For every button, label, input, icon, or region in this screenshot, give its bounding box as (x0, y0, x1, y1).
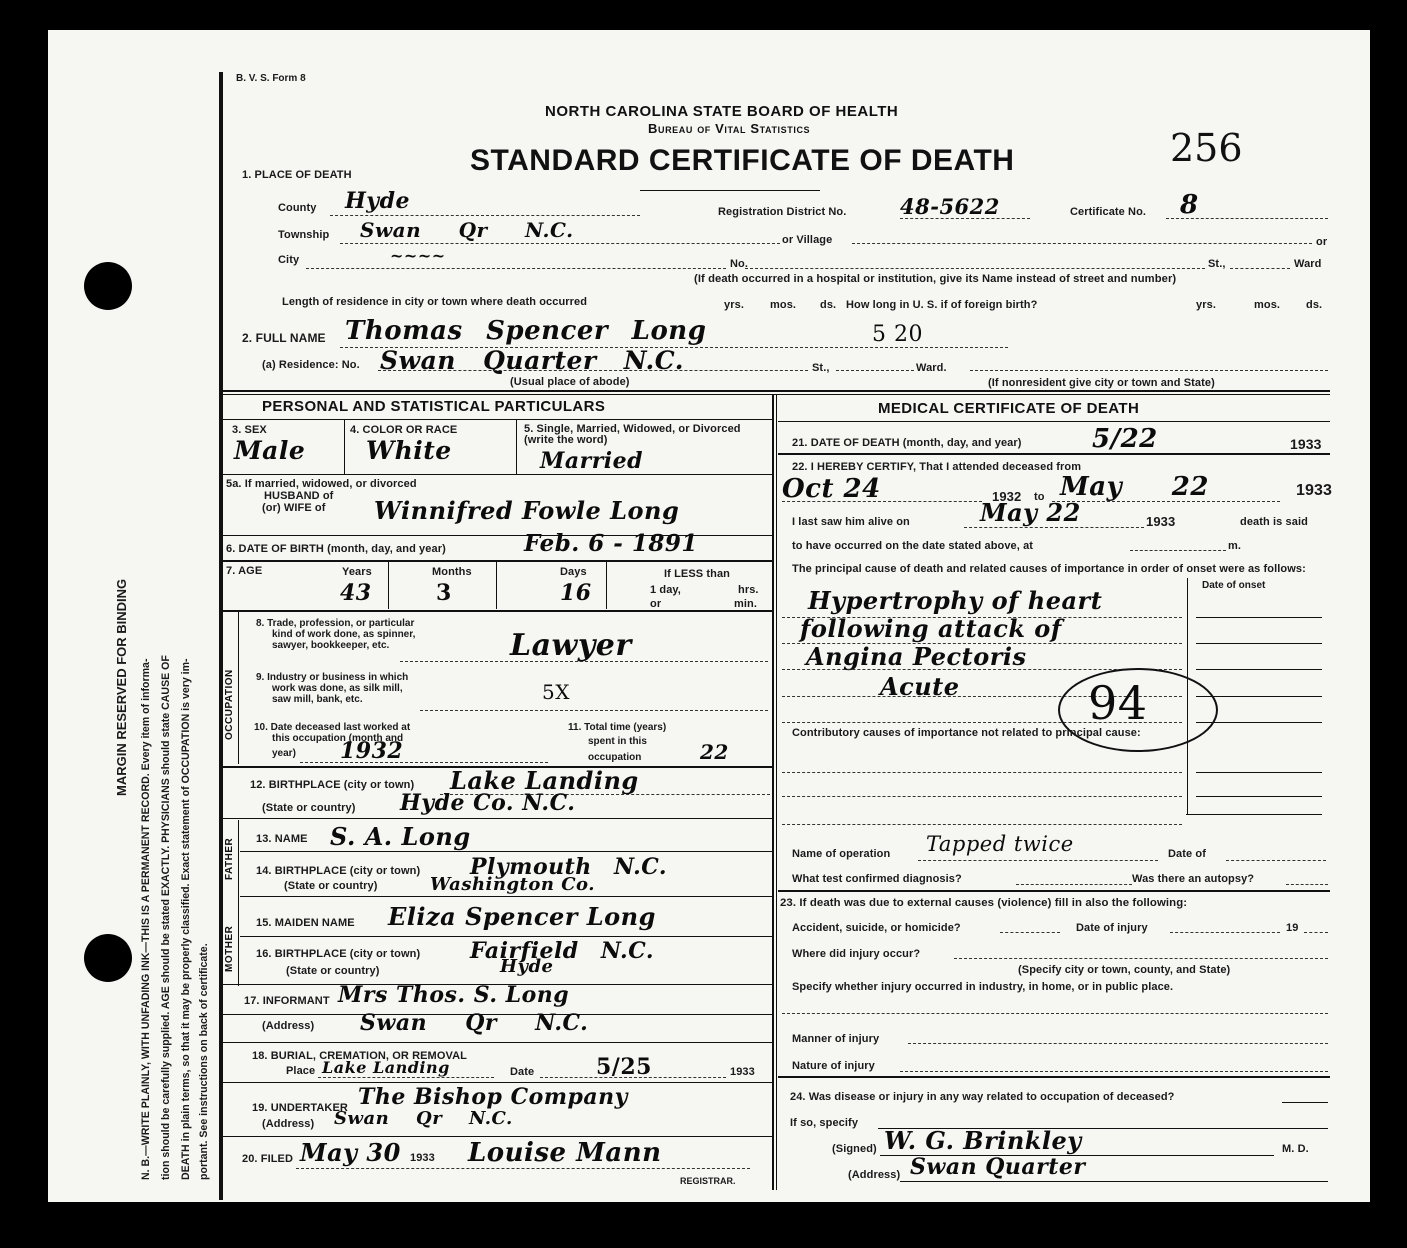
contributory-label: Contributory causes of importance not re… (792, 726, 1192, 740)
industry-label-2: work was done, as silk mill, (272, 683, 403, 694)
form-id: B. V. S. Form 8 (236, 73, 306, 84)
principal-cause-label: The principal cause of death and related… (792, 562, 1332, 576)
nonresident-note: (If nonresident give city or town and St… (988, 377, 1215, 389)
marital-status-value[interactable]: Married (540, 448, 643, 474)
age-days-value[interactable]: 16 (560, 580, 592, 606)
residence-length-label: Length of residence in city or town wher… (282, 296, 587, 308)
certify-label: 22. I HEREBY CERTIFY, That I attended de… (792, 461, 1081, 473)
last-worked-label-1: 10. Date deceased last worked at (254, 722, 410, 733)
cause-code: 94 (1088, 676, 1148, 730)
certificate-number-value[interactable]: 8 (1180, 190, 1199, 220)
residence-label: (a) Residence: No. (262, 359, 360, 371)
village-label: or Village (782, 234, 832, 246)
city-value[interactable]: ~~~~ (390, 246, 446, 265)
operation-value[interactable]: Tapped twice (926, 832, 1074, 856)
informant-address-value[interactable]: Swan Qr N.C. (360, 1010, 588, 1036)
age-years-label: Years (342, 566, 372, 578)
injury-date-label: Date of injury (1076, 922, 1148, 934)
section-divider-top (222, 390, 1330, 392)
diagnosis-test-label: What test confirmed diagnosis? (792, 873, 962, 885)
burial-date-label: Date (510, 1066, 534, 1078)
serial-number: 256 (1170, 126, 1243, 170)
injury-location-label: Where did injury occur? (792, 948, 920, 960)
signed-label: (Signed) (832, 1143, 877, 1155)
industry-label-3: saw mill, bank, etc. (272, 694, 363, 705)
race-label: 4. COLOR OR RACE (350, 424, 457, 436)
county-value[interactable]: Hyde (345, 188, 410, 214)
principal-cause-label-text: The principal cause of death and related… (792, 563, 1306, 575)
total-time-label-2: spent in this (588, 736, 647, 747)
township-label: Township (278, 229, 329, 241)
mother-name-label: 15. MAIDEN NAME (256, 917, 355, 929)
mother-birthplace-value[interactable]: Fairfield N.C. (470, 938, 654, 964)
operation-date-label: Date of (1168, 848, 1206, 860)
city-label: City (278, 254, 299, 266)
punch-hole-top (84, 262, 132, 310)
occupation-side-label: OCCUPATION (224, 669, 235, 740)
undertaker-address-value[interactable]: Swan Qr N.C. (334, 1108, 513, 1129)
spouse-value[interactable]: Winnifred Fowle Long (374, 496, 679, 525)
abode-note: (Usual place of abode) (510, 376, 630, 388)
residence-ward-label: Ward. (916, 362, 947, 374)
foreign-birth-label: How long in U. S. if of foreign birth? (846, 299, 1037, 311)
foreign-yrs-label: yrs. (1196, 299, 1216, 311)
total-time-value[interactable]: 22 (700, 740, 729, 764)
sex-value[interactable]: Male (234, 436, 305, 465)
date-of-death-label: 21. DATE OF DEATH (month, day, and year) (792, 437, 1022, 449)
margin-reserved-label: MARGIN RESERVED FOR BINDING (114, 579, 129, 796)
birth-state-value[interactable]: Hyde Co. N.C. (400, 790, 575, 816)
injury-year-prefix: 19 (1286, 922, 1298, 934)
date-of-onset-label: Date of onset (1202, 580, 1265, 591)
mother-name-value[interactable]: Eliza Spencer Long (388, 902, 656, 931)
last-saw-value[interactable]: May 22 (980, 498, 1081, 527)
margin-instruction-line-4: portant. See instructions on back of cer… (198, 943, 210, 1180)
age-days-label: Days (560, 566, 587, 578)
trade-label-3: sawyer, bookkeeper, etc. (272, 640, 389, 651)
full-name-value[interactable]: Thomas Spencer Long (345, 316, 706, 346)
trade-label-2: kind of work done, as spinner, (272, 629, 415, 640)
column-divider (772, 395, 774, 1190)
physician-address-value[interactable]: Swan Quarter (910, 1154, 1086, 1180)
filed-label: 20. FILED (242, 1153, 293, 1165)
cause-line-3[interactable]: Angina Pectoris (806, 642, 1026, 671)
father-state-label: (State or country) (284, 880, 377, 892)
date-of-birth-value[interactable]: Feb. 6 - 1891 (524, 530, 698, 557)
margin-instruction-line-1: N. B.—WRITE PLAINLY, WITH UNFADING INK—T… (140, 659, 152, 1180)
trade-value[interactable]: Lawyer (510, 628, 632, 663)
occupation-related-label: 24. Was disease or injury in any way rel… (790, 1091, 1174, 1103)
residence-street-label: St., (812, 362, 830, 374)
nature-of-injury-label: Nature of injury (792, 1060, 875, 1072)
last-saw-year: 1933 (1146, 514, 1175, 529)
residence-ds-label: ds. (820, 299, 836, 311)
margin-instruction-line-2: tion should be carefully supplied. AGE s… (160, 655, 172, 1180)
birth-state-label: (State or country) (262, 802, 355, 814)
specify-city-note: (Specify city or town, county, and State… (1018, 964, 1230, 976)
last-worked-label-3: year) (272, 748, 296, 759)
total-time-label-3: occupation (588, 752, 641, 763)
undertaker-value[interactable]: The Bishop Company (358, 1084, 628, 1110)
mother-birthplace-label: 16. BIRTHPLACE (city or town) (256, 948, 420, 960)
father-name-value[interactable]: S. A. Long (330, 822, 471, 851)
operation-label: Name of operation (792, 848, 890, 860)
mother-state-label: (State or country) (286, 965, 379, 977)
certificate-page (48, 30, 1370, 1202)
date-of-birth-label: 6. DATE OF BIRTH (month, day, and year) (226, 543, 446, 555)
filed-year: 1933 (410, 1152, 435, 1164)
manner-of-injury-label: Manner of injury (792, 1033, 879, 1045)
marital-status-label: 5. Single, Married, Widowed, or Divorced… (524, 424, 764, 446)
undertaker-address-label: (Address) (262, 1118, 314, 1130)
attended-to-year: 1933 (1296, 482, 1332, 500)
burial-year: 1933 (730, 1066, 755, 1078)
street-label: St., (1208, 258, 1226, 270)
county-label: County (278, 202, 316, 214)
occurred-label: to have occurred on the date stated abov… (792, 540, 1033, 552)
age-years-value[interactable]: 43 (340, 580, 372, 606)
accident-label: Accident, suicide, or homicide? (792, 922, 961, 934)
father-side-label: FATHER (224, 838, 235, 880)
board-name: NORTH CAROLINA STATE BOARD OF HEALTH (545, 103, 898, 120)
attended-from-value[interactable]: Oct 24 (782, 474, 881, 504)
less-than-label: If LESS than (664, 568, 730, 580)
industry-code: 5X (542, 680, 570, 704)
attended-to-value[interactable]: May 22 (1060, 472, 1209, 502)
punch-hole-bottom (84, 934, 132, 982)
or-label: or (1316, 236, 1327, 248)
father-state-value[interactable]: Washington Co. (430, 874, 595, 895)
mother-state-value[interactable]: Hyde (500, 956, 554, 977)
hospital-note: (If death occurred in a hospital or inst… (694, 273, 1176, 285)
spouse-label-2: HUSBAND of (264, 490, 333, 502)
registration-district-value[interactable]: 48-5622 (900, 194, 1000, 219)
personal-section-heading: PERSONAL AND STATISTICAL PARTICULARS (262, 398, 605, 415)
form-left-border (219, 72, 223, 1200)
time-m-label: m. (1228, 540, 1241, 552)
residence-yrs-label: yrs. (724, 299, 744, 311)
race-value[interactable]: White (366, 436, 452, 465)
less-day-label: 1 day, (650, 584, 681, 596)
certificate-number-label: Certificate No. (1070, 206, 1146, 218)
foreign-mos-label: mos. (1254, 299, 1280, 311)
title-rule (640, 190, 820, 191)
if-so-label: If so, specify (790, 1117, 858, 1129)
ward-label: Ward (1294, 258, 1322, 270)
township-value[interactable]: Swan Qr N.C. (360, 218, 574, 242)
margin-instruction-line-3: DEATH in plain terms, so that it may be … (180, 658, 192, 1180)
burial-place-label: Place (286, 1065, 315, 1077)
total-time-label-1: 11. Total time (years) (568, 722, 666, 733)
spouse-label-1: 5a. If married, widowed, or divorced (226, 478, 417, 490)
informant-value[interactable]: Mrs Thos. S. Long (338, 982, 569, 1008)
page-title: STANDARD CERTIFICATE OF DEATH (470, 144, 1014, 178)
spouse-label-3: (or) WIFE of (262, 502, 326, 514)
cause-line-1[interactable]: Hypertrophy of heart (808, 586, 1102, 615)
specify-place-label: Specify whether injury occurred in indus… (792, 981, 1173, 993)
age-label: 7. AGE (226, 565, 262, 577)
industry-label-1: 9. Industry or business in which (256, 672, 408, 683)
date-of-death-value[interactable]: 5/22 (1092, 424, 1158, 454)
trade-label-1: 8. Trade, profession, or particular (256, 618, 414, 629)
bureau-name: Bureau of Vital Statistics (648, 121, 810, 136)
informant-address-label: (Address) (262, 1020, 314, 1032)
registrar-label: REGISTRAR. (680, 1176, 736, 1186)
full-name-label: 2. FULL NAME (242, 331, 326, 345)
age-months-value[interactable]: 3 (436, 580, 452, 606)
informant-label: 17. INFORMANT (244, 995, 330, 1007)
foreign-ds-label: ds. (1306, 299, 1322, 311)
place-of-death-label: 1. PLACE OF DEATH (242, 169, 352, 181)
father-name-label: 13. NAME (256, 833, 308, 845)
external-causes-label: 23. If death was due to external causes … (780, 897, 1187, 909)
death-said-label: death is said (1240, 516, 1308, 528)
registration-district-label: Registration District No. (718, 206, 846, 218)
marital-status-label-text: 5. Single, Married, Widowed, or Divorced… (524, 423, 741, 446)
last-worked-value[interactable]: 1932 (340, 738, 403, 764)
hours-label: hrs. (738, 584, 759, 596)
filed-date-value[interactable]: May 30 (300, 1138, 401, 1167)
burial-place-value[interactable]: Lake Landing (322, 1058, 450, 1077)
physician-signature[interactable]: W. G. Brinkley (884, 1126, 1082, 1155)
minutes-label: min. (734, 598, 757, 610)
father-birthplace-label: 14. BIRTHPLACE (city or town) (256, 865, 420, 877)
residence-mos-label: mos. (770, 299, 796, 311)
mother-side-label: MOTHER (224, 926, 235, 972)
medical-section-heading: MEDICAL CERTIFICATE OF DEATH (878, 400, 1139, 417)
or-min-label: or (650, 598, 661, 610)
full-name-annotation: 5 20 (872, 322, 923, 347)
contributory-label-text: Contributory causes of importance not re… (792, 727, 1141, 739)
autopsy-label: Was there an autopsy? (1132, 873, 1254, 885)
date-of-death-year: 1933 (1290, 436, 1322, 452)
cause-line-2[interactable]: following attack of (800, 614, 1062, 643)
sex-label: 3. SEX (232, 424, 267, 436)
md-label: M. D. (1282, 1143, 1309, 1155)
birthplace-label: 12. BIRTHPLACE (city or town) (250, 779, 414, 791)
registrar-signature[interactable]: Louise Mann (468, 1138, 662, 1168)
last-saw-label: I last saw him alive on (792, 516, 910, 528)
age-months-label: Months (432, 566, 472, 578)
physician-address-label: (Address) (848, 1169, 900, 1181)
